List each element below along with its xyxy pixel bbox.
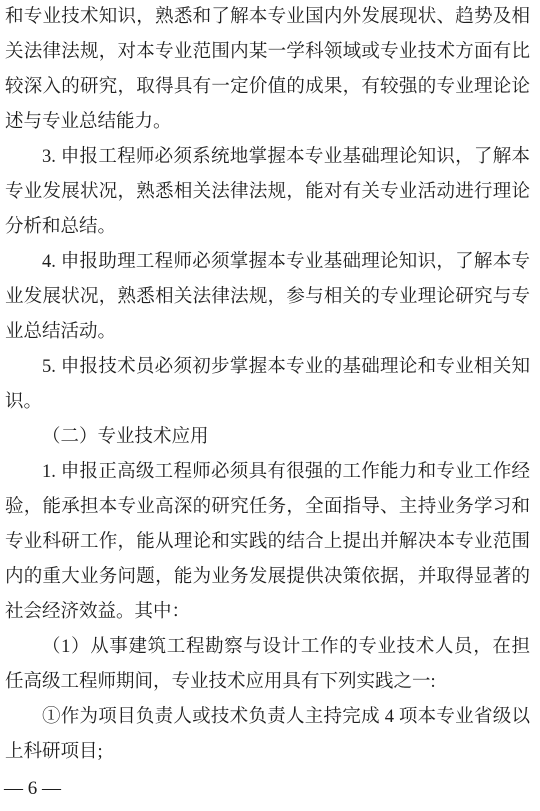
paragraph-item-4-assistant-engineer: 4. 申报助理工程师必须掌握本专业基础理论知识，了解本专业发展状况，熟悉相关法律… [5,245,530,350]
paragraph-subitem-1-survey-design: （1）从事建筑工程勘察与设计工作的专业技术人员，在担任高级工程师期间，专业技术应… [5,630,530,700]
page-number: — 6 — [4,777,61,801]
paragraph-item-1-senior-engineer: 1. 申报正高级工程师必须具有很强的工作能力和专业工作经验，能承担本专业高深的研… [5,455,530,630]
paragraph-circled-1-project-leader: ①作为项目负责人或技术负责人主持完成 4 项本专业省级以上科研项目; [5,700,530,770]
paragraph-item-3-engineer: 3. 申报工程师必须系统地掌握本专业基础理论知识，了解本专业发展状况，熟悉相关法… [5,140,530,245]
paragraph-continuation: 和专业技术知识，熟悉和了解本专业国内外发展现状、趋势及相关法律法规，对本专业范围… [5,0,530,140]
paragraph-item-5-technician: 5. 申报技术员必须初步掌握本专业的基础理论和专业相关知识。 [5,350,530,420]
document-body: 和专业技术知识，熟悉和了解本专业国内外发展现状、趋势及相关法律法规，对本专业范围… [5,0,530,770]
section-heading-professional-application: （二）专业技术应用 [5,420,530,455]
